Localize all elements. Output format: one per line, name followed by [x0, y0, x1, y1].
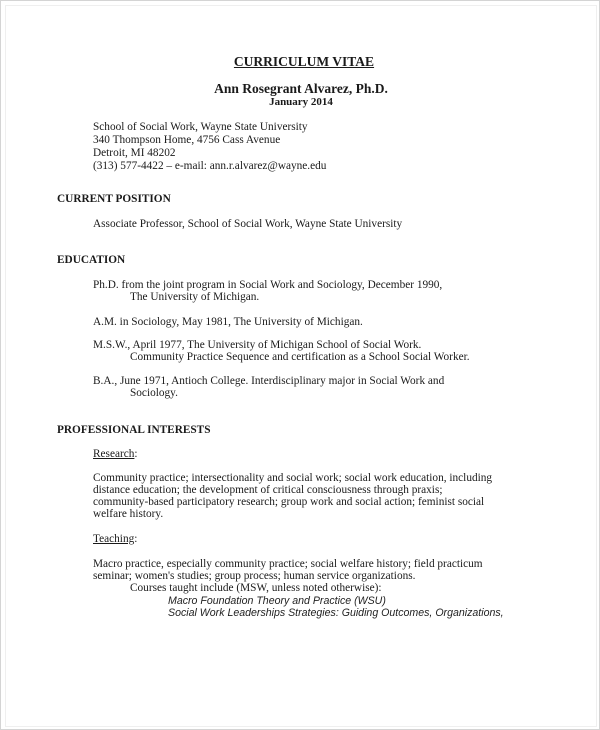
teaching-subheading: Teaching: [93, 533, 137, 546]
courses-intro: Courses taught include (MSW, unless note… [130, 582, 382, 595]
section-heading-current-position: CURRENT POSITION [57, 193, 171, 206]
section-heading-professional-interests: PROFESSIONAL INTERESTS [57, 424, 211, 437]
document-date: January 2014 [0, 96, 600, 109]
contact-address: 340 Thompson Home, 4756 Cass Avenue [93, 134, 280, 147]
education-entry-phd-detail: The University of Michigan. [130, 291, 259, 304]
section-heading-education: EDUCATION [57, 254, 125, 267]
author-name: Ann Rosegrant Alvarez, Ph.D. [0, 82, 600, 95]
research-label: Research [93, 448, 134, 460]
education-entry-am: A.M. in Sociology, May 1981, The Univers… [93, 316, 363, 329]
research-line: welfare history. [93, 508, 163, 521]
education-entry-msw-detail: Community Practice Sequence and certific… [130, 351, 470, 364]
current-position-text: Associate Professor, School of Social Wo… [93, 218, 402, 231]
contact-phone-email: (313) 577-4422 – e-mail: ann.r.alvarez@w… [93, 160, 326, 173]
education-entry-ba-detail: Sociology. [130, 387, 178, 400]
teaching-label: Teaching [93, 533, 134, 545]
cv-document: CURRICULUM VITAE Ann Rosegrant Alvarez, … [0, 0, 600, 730]
research-subheading: Research: [93, 448, 138, 461]
contact-institution: School of Social Work, Wayne State Unive… [93, 121, 308, 134]
teaching-colon: : [134, 533, 137, 545]
course-item: Social Work Leaderships Strategies: Guid… [168, 607, 504, 620]
contact-city: Detroit, MI 48202 [93, 147, 176, 160]
document-title: CURRICULUM VITAE [0, 55, 600, 68]
research-colon: : [134, 448, 137, 460]
